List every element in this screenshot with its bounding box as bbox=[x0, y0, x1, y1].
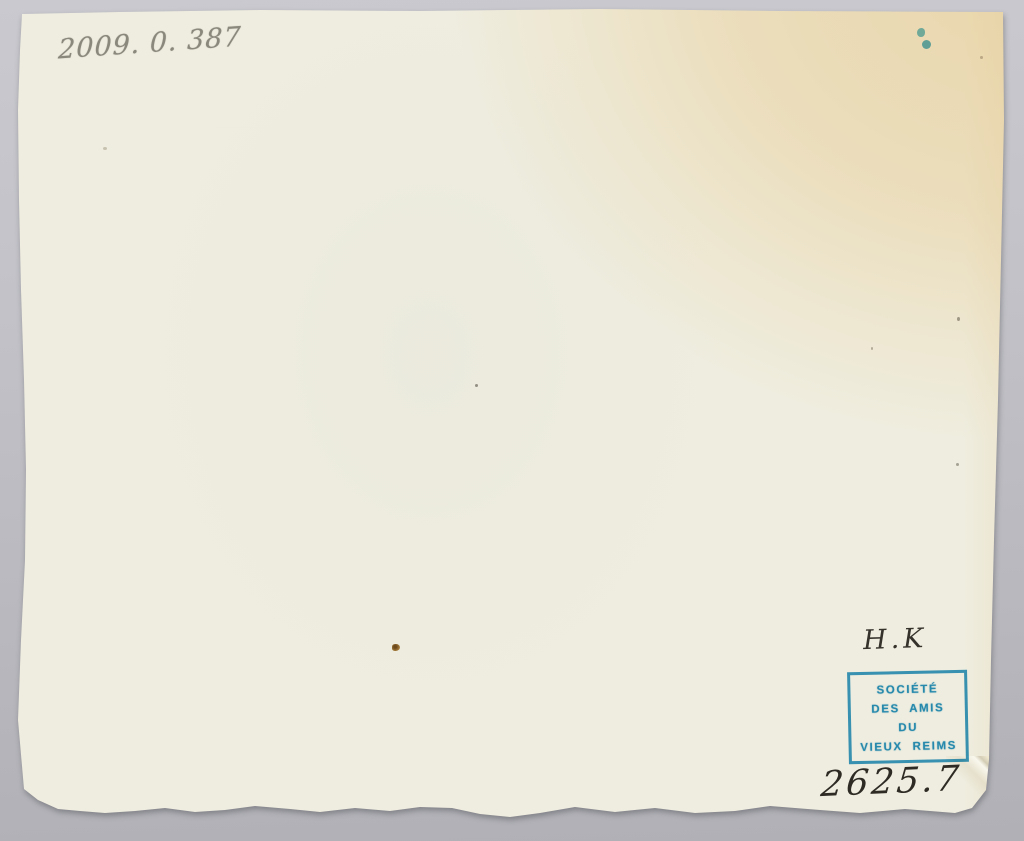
stamp-line: SOCIÉTÉ bbox=[850, 680, 964, 701]
societe-amis-vieux-reims-stamp: SOCIÉTÉ DES AMIS DU VIEUX REIMS bbox=[847, 670, 969, 764]
accession-number-inscription: 2009. 0. 387 bbox=[58, 22, 242, 66]
collection-number-inscription: 2625.7 bbox=[819, 759, 963, 805]
stamp-line: DU bbox=[851, 718, 965, 739]
paper-speck bbox=[956, 463, 959, 466]
paper-speck bbox=[475, 384, 478, 387]
blue-ink-dot-mark bbox=[922, 40, 931, 49]
paper-shadow-wrap: 2009. 0. 387 H.K SOCIÉTÉ DES AMIS DU VIE… bbox=[0, 0, 1024, 841]
scan-backdrop: 2009. 0. 387 H.K SOCIÉTÉ DES AMIS DU VIE… bbox=[0, 0, 1024, 841]
photograph-verso-paper: 2009. 0. 387 H.K SOCIÉTÉ DES AMIS DU VIE… bbox=[0, 0, 1024, 841]
blue-ink-dot-mark bbox=[917, 28, 925, 37]
paper-speck bbox=[103, 147, 107, 150]
initials-inscription: H.K bbox=[862, 623, 927, 656]
stamp-line: VIEUX REIMS bbox=[851, 737, 965, 758]
paper-speck bbox=[980, 56, 983, 59]
foxing-spot bbox=[392, 644, 400, 651]
paper-speck bbox=[871, 347, 873, 350]
paper-speck bbox=[957, 317, 960, 321]
stamp-line: DES AMIS bbox=[851, 699, 965, 720]
